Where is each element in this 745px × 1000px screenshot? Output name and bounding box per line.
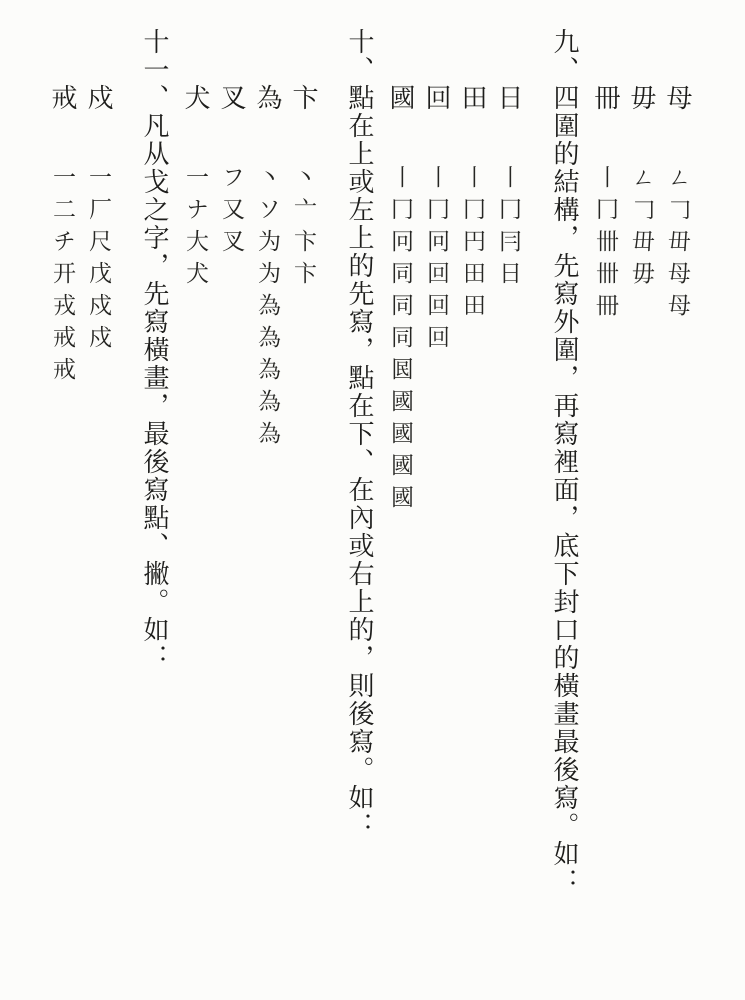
stroke-sequence: 丶ソ为为為為為為為 bbox=[255, 165, 280, 453]
stroke-sequence: 丨冂冃日 bbox=[496, 165, 521, 293]
example-column-shu4: 戍 一厂尺戊戍戍 bbox=[80, 28, 116, 980]
rule-text-section-9: 九、四圍的結構，先寫外圍，再寫裡面，底下封口的橫畫最後寫。如： bbox=[546, 28, 582, 980]
example-column-hui2: 回 丨冂冋回回回 bbox=[418, 28, 454, 980]
example-column-ri4: 日 丨冂冃日 bbox=[490, 28, 526, 980]
example-character: 回 bbox=[422, 84, 451, 110]
example-character: 叉 bbox=[217, 84, 246, 110]
stroke-sequence: 丨冂卌卌冊 bbox=[593, 165, 618, 325]
example-column-tian2: 田 丨冂円田田 bbox=[454, 28, 490, 980]
stroke-sequence: 丨冂円田田 bbox=[460, 165, 485, 325]
stroke-sequence: 一ナ大犬 bbox=[183, 165, 208, 293]
example-column-wu2: 毋 ㄥ𠃌毌毋 bbox=[623, 28, 659, 980]
example-character: 為 bbox=[253, 84, 282, 110]
rule-text-section-10: 十、點在上或左上的先寫，點在下、在內或右上的，則後寫。如： bbox=[341, 28, 377, 980]
example-column-jie4: 戒 一二チ开戎戒戒 bbox=[44, 28, 80, 980]
example-column-quan3: 犬 一ナ大犬 bbox=[177, 28, 213, 980]
stroke-sequence: ㄥ𠃌毌母母 bbox=[665, 165, 690, 325]
example-character: 毋 bbox=[627, 84, 656, 110]
example-character: 國 bbox=[386, 84, 415, 110]
stroke-sequence: 一二チ开戎戒戒 bbox=[50, 165, 75, 389]
stroke-sequence: ㄥ𠃌毌毋 bbox=[629, 165, 654, 293]
stroke-sequence: 丨冂冋同同同囻國國國國 bbox=[388, 165, 413, 517]
example-character: 冊 bbox=[591, 84, 620, 110]
example-character: 戍 bbox=[84, 84, 113, 110]
stroke-sequence: フ又叉 bbox=[219, 165, 244, 261]
example-column-guo2: 國 丨冂冋同同同囻國國國國 bbox=[382, 28, 418, 980]
example-character: 戒 bbox=[48, 84, 77, 110]
example-character: 卞 bbox=[289, 84, 318, 110]
example-column-mu3: 母 ㄥ𠃌毌母母 bbox=[659, 28, 695, 980]
example-character: 母 bbox=[663, 84, 692, 110]
example-column-cha1: 叉 フ又叉 bbox=[213, 28, 249, 980]
example-character: 田 bbox=[458, 84, 487, 110]
rule-text-section-11: 十一、凡从戈之字，先寫橫畫，最後寫點、撇。如： bbox=[136, 28, 172, 980]
example-column-wei4: 為 丶ソ为为為為為為為 bbox=[249, 28, 285, 980]
stroke-sequence: 一厂尺戊戍戍 bbox=[86, 165, 111, 357]
stroke-sequence: 丨冂冋回回回 bbox=[424, 165, 449, 357]
example-character: 日 bbox=[494, 84, 523, 110]
example-character: 犬 bbox=[181, 84, 210, 110]
stroke-sequence: 丶亠卞卞 bbox=[291, 165, 316, 293]
example-column-bian4: 卞 丶亠卞卞 bbox=[285, 28, 321, 980]
example-column-ce4: 冊 丨冂卌卌冊 bbox=[587, 28, 623, 980]
document-page: 母 ㄥ𠃌毌母母 毋 ㄥ𠃌毌毋 冊 丨冂卌卌冊 九、四圍的結構，先寫外圍，再寫裡面… bbox=[0, 0, 745, 1000]
